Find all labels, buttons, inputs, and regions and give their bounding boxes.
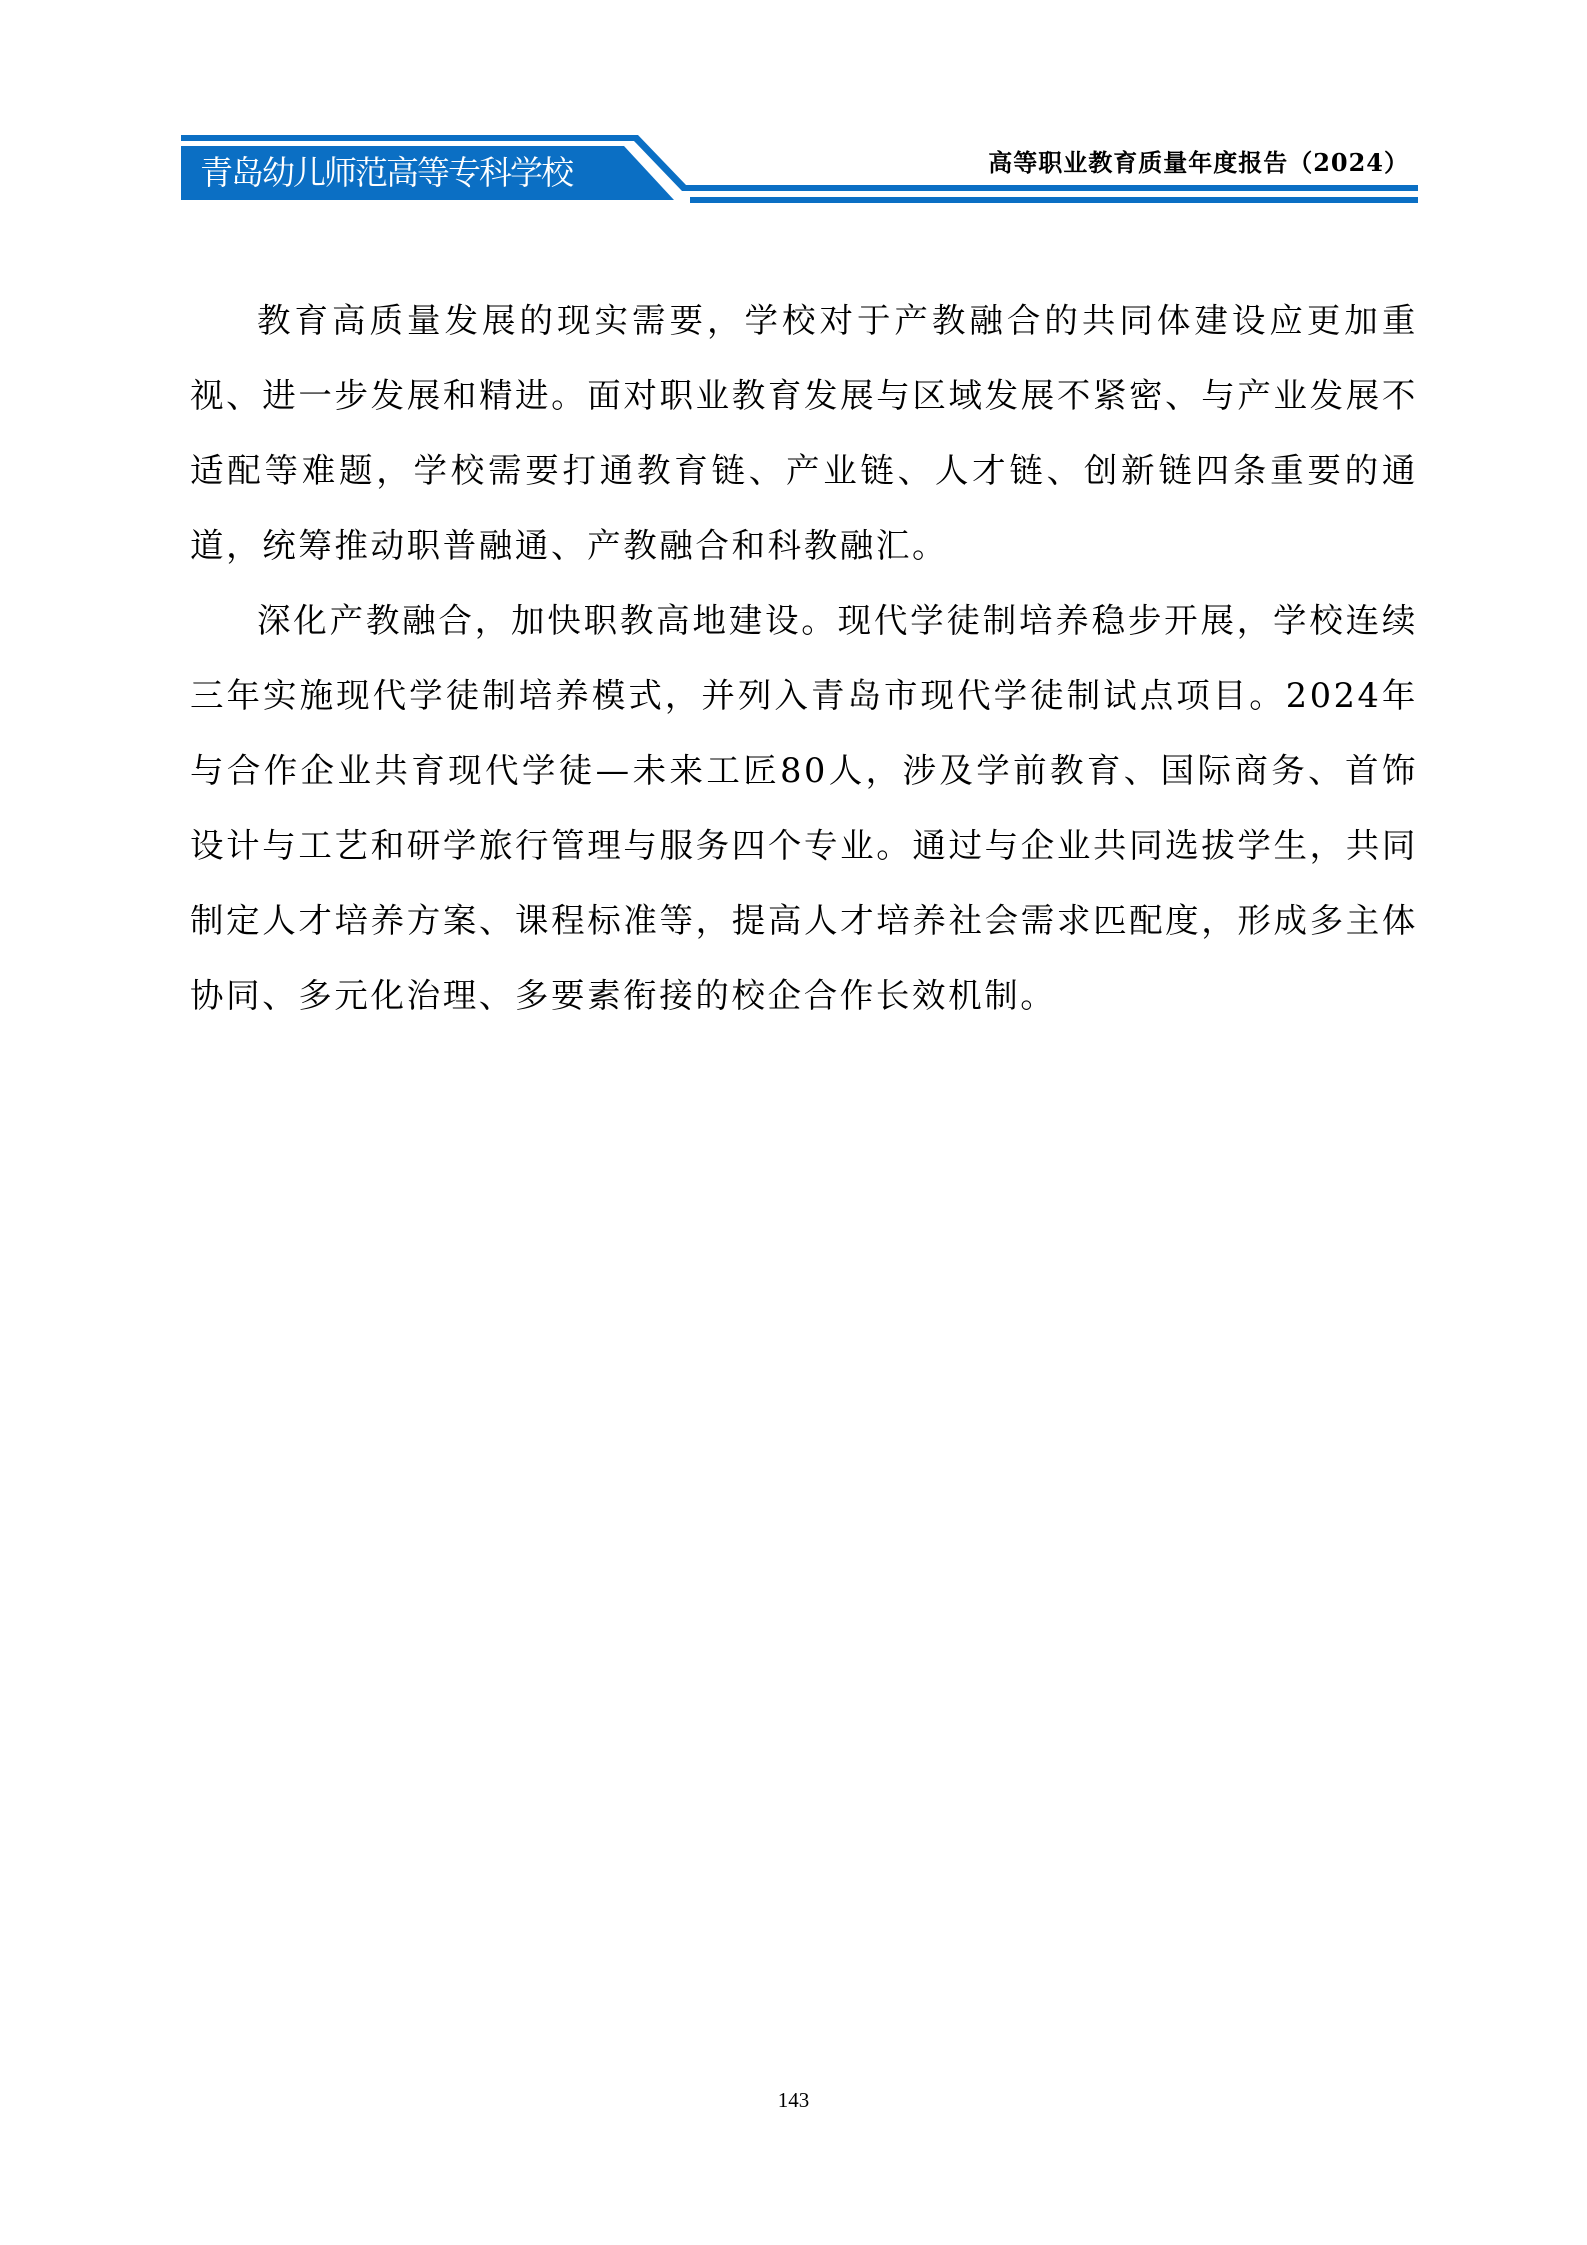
page-header: 青岛幼儿师范高等专科学校 高等职业教育质量年度报告（2024）: [0, 0, 1587, 210]
document-body: 教育高质量发展的现实需要，学校对于产教融合的共同体建设应更加重视、进一步发展和精…: [190, 283, 1418, 1033]
paragraph: 教育高质量发展的现实需要，学校对于产教融合的共同体建设应更加重视、进一步发展和精…: [190, 283, 1418, 583]
header-bottom-stripe: [690, 197, 1418, 203]
paragraph: 深化产教融合，加快职教高地建设。现代学徒制培养稳步开展，学校连续三年实施现代学徒…: [190, 583, 1418, 1033]
school-name: 青岛幼儿师范高等专科学校: [200, 148, 572, 198]
page-number: 143: [0, 2088, 1587, 2113]
report-title: 高等职业教育质量年度报告（2024）: [988, 143, 1409, 178]
